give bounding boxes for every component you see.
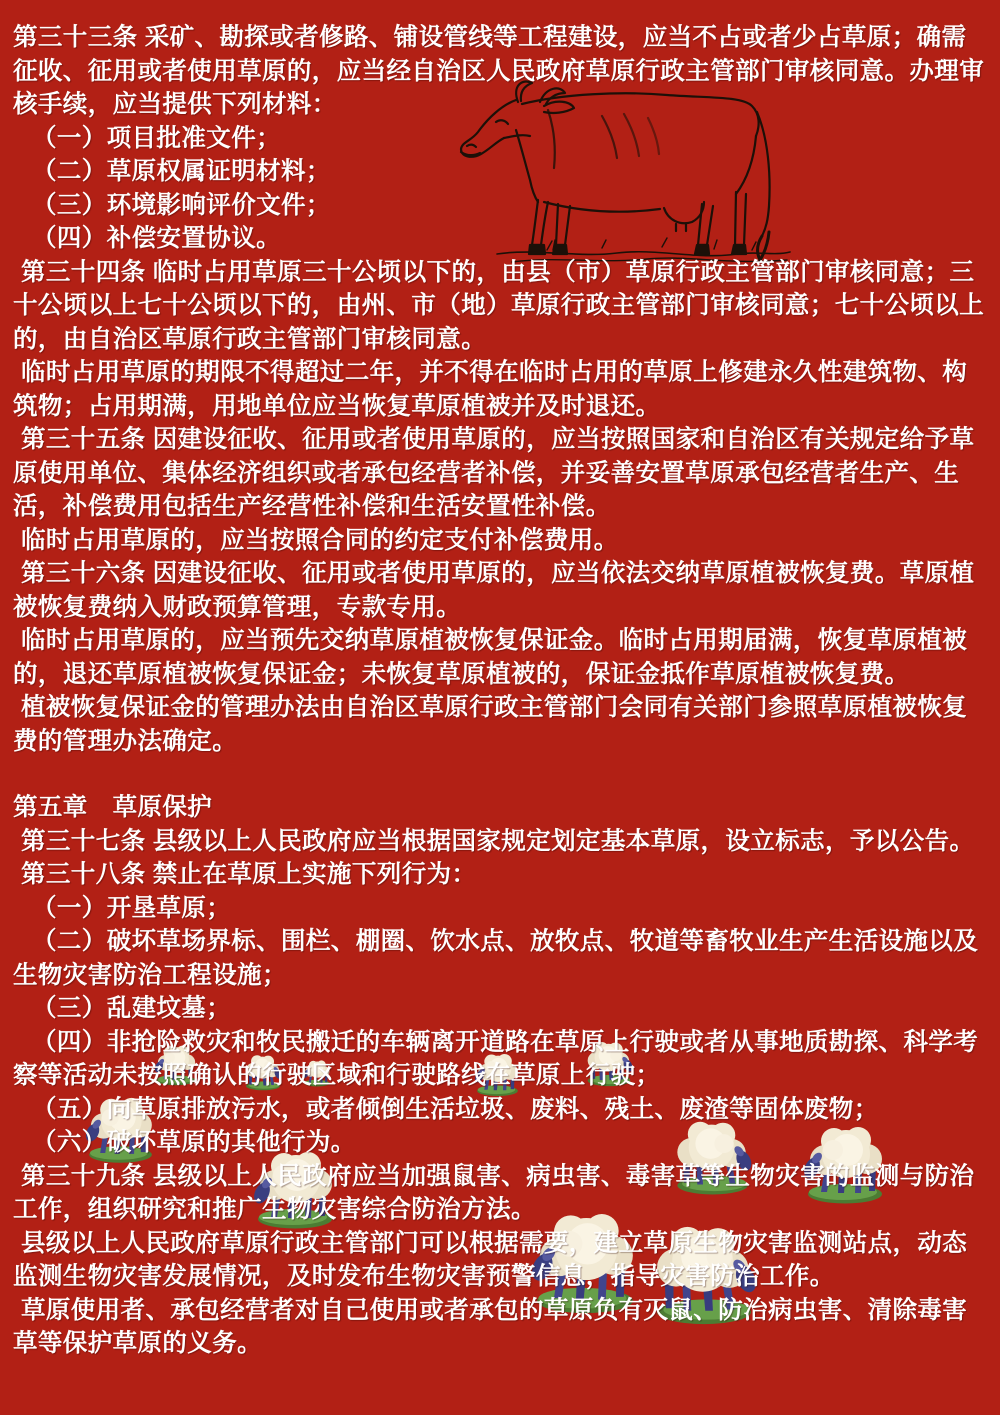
list-item-38-2: （二）破坏草场界标、围栏、棚圈、饮水点、放牧点、牧道等畜牧业生产生活设施以及生物… — [13, 925, 987, 992]
paragraph-article-33: 第三十三条 采矿、勘探或者修路、铺设管线等工程建设，应当不占或者少占草原；确需征… — [13, 21, 987, 122]
list-item-38-3: （三）乱建坟墓； — [13, 992, 987, 1026]
paragraph-article-35-2: 临时占用草原的，应当按照合同的约定支付补偿费用。 — [13, 524, 987, 558]
list-item-38-6: （六）破坏草原的其他行为。 — [13, 1126, 987, 1160]
chapter-5-heading: 第五章 草原保护 — [13, 791, 987, 825]
list-item-33-2: （二）草原权属证明材料； — [13, 155, 987, 189]
list-item-33-1: （一）项目批准文件； — [13, 122, 987, 156]
paragraph-article-34-2: 临时占用草原的期限不得超过二年，并不得在临时占用的草原上修建永久性建筑物、构筑物… — [13, 356, 987, 423]
list-item-33-3: （三）环境影响评价文件； — [13, 189, 987, 223]
list-item-38-5: （五）向草原排放污水，或者倾倒生活垃圾、废料、残土、废渣等固体废物； — [13, 1093, 987, 1127]
paragraph-article-39-3: 草原使用者、承包经营者对自己使用或者承包的草原负有灭鼠、防治病虫害、清除毒害草等… — [13, 1294, 987, 1361]
list-item-38-4: （四）非抢险救灾和牧民搬迁的车辆离开道路在草原上行驶或者从事地质勘探、科学考察等… — [13, 1026, 987, 1093]
list-item-38-1: （一）开垦草原； — [13, 892, 987, 926]
paragraph-article-36-2: 临时占用草原的，应当预先交纳草原植被恢复保证金。临时占用期届满，恢复草原植被的，… — [13, 624, 987, 691]
paragraph-article-37: 第三十七条 县级以上人民政府应当根据国家规定划定基本草原，设立标志，予以公告。 — [13, 825, 987, 859]
paragraph-article-39: 第三十九条 县级以上人民政府应当加强鼠害、病虫害、毒害草等生物灾害的监测与防治工… — [13, 1160, 987, 1227]
paragraph-article-39-2: 县级以上人民政府草原行政主管部门可以根据需要，建立草原生物灾害监测站点，动态监测… — [13, 1227, 987, 1294]
list-item-33-4: （四）补偿安置协议。 — [13, 222, 987, 256]
paragraph-article-36: 第三十六条 因建设征收、征用或者使用草原的，应当依法交纳草原植被恢复费。草原植被… — [13, 557, 987, 624]
paragraph-article-35: 第三十五条 因建设征收、征用或者使用草原的，应当按照国家和自治区有关规定给予草原… — [13, 423, 987, 524]
paragraph-article-38: 第三十八条 禁止在草原上实施下列行为： — [13, 858, 987, 892]
paragraph-article-36-3: 植被恢复保证金的管理办法由自治区草原行政主管部门会同有关部门参照草原植被恢复费的… — [13, 691, 987, 758]
paragraph-article-34: 第三十四条 临时占用草原三十公顷以下的，由县（市）草原行政主管部门审核同意；三十… — [13, 256, 987, 357]
document-body: 第三十三条 采矿、勘探或者修路、铺设管线等工程建设，应当不占或者少占草原；确需征… — [0, 0, 1000, 1415]
